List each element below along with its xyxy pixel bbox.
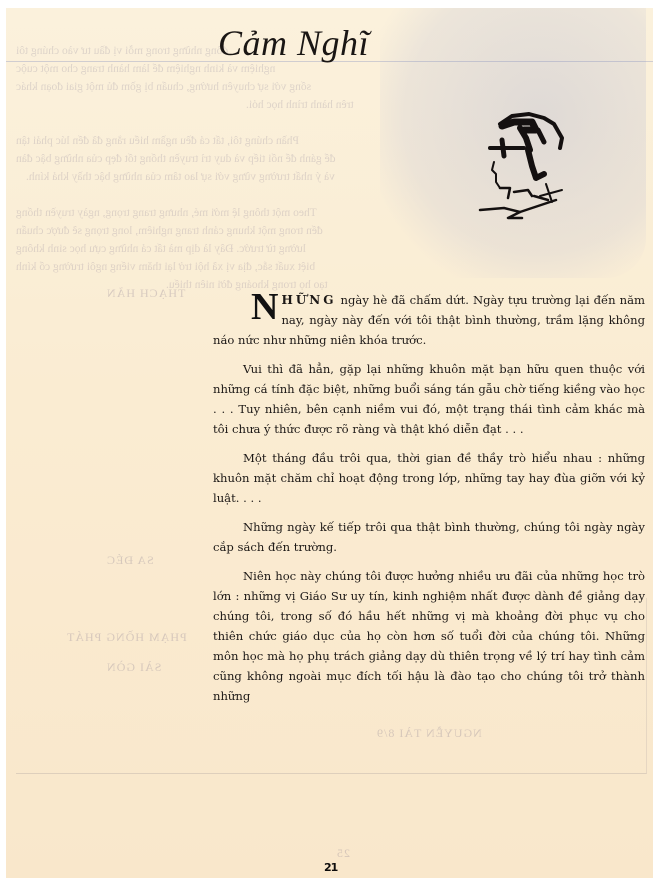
- paragraph: Niên học này chúng tôi được hưởng nhiều …: [213, 566, 645, 706]
- bleed-through-line: Phần chúng tôi, tất cả đều ngầm hiểu rằn…: [16, 132, 299, 150]
- bleed-through-line: lường từ trước. Đây là dịp mà tất cả nhữ…: [16, 240, 306, 258]
- paragraph-lead: NHỮNG ngày hè đã chấm dứt. Ngày tựu trườ…: [213, 290, 645, 350]
- bleed-through-line: để gánh để nối tiếp và duy trì truyền th…: [16, 150, 336, 168]
- article-title: Cảm Nghĩ: [218, 22, 369, 64]
- bleed-through-caption: THẠCH HÃN: [106, 286, 185, 301]
- bleed-through-line: trên hành trình học hỏi.: [246, 96, 354, 114]
- bleed-through-line: sống với sự chuyên hướng, chuẩn bị gồm đ…: [16, 78, 311, 96]
- bleed-through-page-number: 25: [336, 846, 350, 861]
- paragraph: Những ngày kế tiếp trôi qua thật bình th…: [213, 517, 645, 557]
- paragraph: Một tháng đầu trôi qua, thời gian đề thầ…: [213, 448, 645, 508]
- bleed-through-line: Theo một thông lệ mới mẻ, nhưng trang tr…: [16, 204, 317, 222]
- page-number: 21: [324, 861, 337, 874]
- lead-smallcaps: HỮNG: [281, 293, 336, 307]
- bleed-through-caption: NGUYỄN TÀI 8/9: [376, 726, 482, 741]
- paragraph: Vui thì đã hẳn, gặp lại những khuôn mặt …: [213, 359, 645, 439]
- bleed-through-line: đồng những trong mỗi vị đầu tư vào chúng…: [16, 42, 228, 60]
- bleed-through-caption: SA ĐÉC: [106, 553, 154, 568]
- bleed-through-caption: SÀI GÒN: [106, 660, 161, 675]
- portrait-sketch-icon: [474, 104, 584, 224]
- bleed-through-caption: PHẠM HỒNG PHÁT: [66, 630, 187, 645]
- bleed-through-line: biệt xuất sắc, địa vị xã hội trở lại thă…: [16, 258, 315, 276]
- scanned-page: đồng những trong mỗi vị đầu tư vào chúng…: [6, 8, 653, 878]
- bleed-through-line: đến trong một khung cảnh trang nghiêm, l…: [16, 222, 323, 240]
- bleed-through-line: và ý nhất trường vững với sự lao tâm của…: [26, 168, 335, 186]
- article-body: NHỮNG ngày hè đã chấm dứt. Ngày tựu trườ…: [213, 290, 645, 715]
- drop-cap: N: [251, 292, 278, 322]
